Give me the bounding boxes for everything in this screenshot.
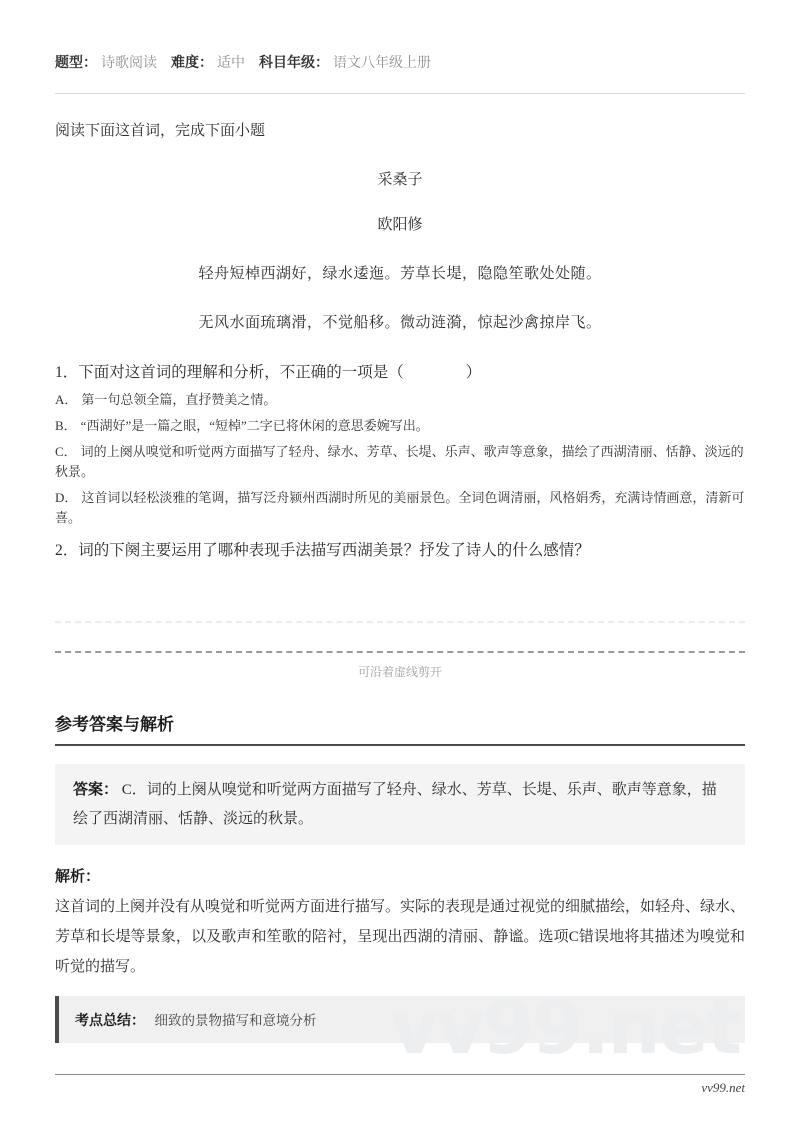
meta-subject-label: 科目年级： <box>259 52 329 72</box>
page-footer: vv99.net <box>55 1074 745 1096</box>
worksheet-page: 题型： 诗歌阅读 难度： 适中 科目年级： 语文八年级上册 阅读下面这首词，完成… <box>0 0 800 1131</box>
question-1-option-b: B．“西湖好”是一篇之眼，“短棹”二字已将休闲的意思委婉写出。 <box>55 416 745 436</box>
meta-subject-grade: 科目年级： 语文八年级上册 <box>259 52 431 72</box>
cut-line-faint <box>55 621 745 623</box>
option-a-text: 第一句总领全篇，直抒赞美之情。 <box>81 392 276 407</box>
question-1-option-a: A．第一句总领全篇，直抒赞美之情。 <box>55 390 745 410</box>
keypoint-text: 细致的景物描写和意境分析 <box>155 1013 317 1028</box>
question-1-text: 下面对这首词的理解和分析，不正确的一项是（ ） <box>78 364 481 381</box>
keypoint-summary-box: 考点总结： 细致的景物描写和意境分析 <box>55 996 745 1043</box>
option-b-label: B． <box>55 418 77 433</box>
poem-author: 欧阳修 <box>55 213 745 234</box>
cut-line-caption: 可沿着虚线剪开 <box>55 663 745 680</box>
analysis-text: 这首词的上阕并没有从嗅觉和听觉两方面进行描写。实际的表现是通过视觉的细腻描绘，如… <box>55 892 745 982</box>
question-1-option-c: C．词的上阕从嗅觉和听觉两方面描写了轻舟、绿水、芳草、长堤、乐声、歌声等意象，描… <box>55 442 745 482</box>
option-d-label: D． <box>55 490 77 505</box>
answer-section-title: 参考答案与解析 <box>55 710 745 746</box>
option-d-text: 这首词以轻松淡雅的笔调，描写泛舟颍州西湖时所见的美丽景色。全词色调清丽，风格娟秀… <box>55 490 744 525</box>
meta-subject-value: 语文八年级上册 <box>333 52 431 72</box>
meta-difficulty-label: 难度： <box>171 52 213 72</box>
answer-text: C．词的上阕从嗅觉和听觉两方面描写了轻舟、绿水、芳草、长堤、乐声、歌声等意象，描… <box>73 782 717 827</box>
poem-line-1: 轻舟短棹西湖好，绿水逶迤。芳草长堤，隐隐笙歌处处随。 <box>55 262 745 283</box>
poem-line-2: 无风水面琉璃滑，不觉船移。微动涟漪，惊起沙禽掠岸飞。 <box>55 311 745 332</box>
analysis-label: 解析： <box>55 865 745 886</box>
option-b-text: “西湖好”是一篇之眼，“短棹”二字已将休闲的意思委婉写出。 <box>81 418 429 433</box>
question-1-number: 1． <box>55 364 78 381</box>
question-1-option-d: D．这首词以轻松淡雅的笔调，描写泛舟颍州西湖时所见的美丽景色。全词色调清丽，风格… <box>55 488 745 528</box>
question-meta: 题型： 诗歌阅读 难度： 适中 科目年级： 语文八年级上册 <box>55 0 745 72</box>
option-c-label: C． <box>55 444 77 459</box>
option-a-label: A． <box>55 392 77 407</box>
meta-type-label: 题型： <box>55 52 97 72</box>
header-divider <box>55 93 745 94</box>
footer-site: vv99.net <box>701 1080 745 1095</box>
meta-difficulty-value: 适中 <box>217 52 245 72</box>
poem-title: 采桑子 <box>55 168 745 189</box>
question-2-number: 2． <box>55 542 78 559</box>
option-c-text: 词的上阕从嗅觉和听觉两方面描写了轻舟、绿水、芳草、长堤、乐声、歌声等意象，描绘了… <box>55 444 744 479</box>
question-1-stem: 1．下面对这首词的理解和分析，不正确的一项是（ ） <box>55 362 745 384</box>
worksheet-content: 题型： 诗歌阅读 难度： 适中 科目年级： 语文八年级上册 阅读下面这首词，完成… <box>0 0 800 1043</box>
question-2-stem: 2．词的下阕主要运用了哪种表现手法描写西湖美景？抒发了诗人的什么感情？ <box>55 540 745 562</box>
meta-difficulty: 难度： 适中 <box>171 52 245 72</box>
cut-line <box>55 651 745 653</box>
meta-question-type: 题型： 诗歌阅读 <box>55 52 157 72</box>
answer-box: 答案： C．词的上阕从嗅觉和听觉两方面描写了轻舟、绿水、芳草、长堤、乐声、歌声等… <box>55 764 745 845</box>
question-2-text: 词的下阕主要运用了哪种表现手法描写西湖美景？抒发了诗人的什么感情？ <box>78 542 590 559</box>
passage-intro: 阅读下面这首词，完成下面小题 <box>55 121 745 142</box>
meta-type-value: 诗歌阅读 <box>101 52 157 72</box>
answer-label: 答案： <box>73 781 118 798</box>
keypoint-label: 考点总结： <box>75 1012 145 1028</box>
